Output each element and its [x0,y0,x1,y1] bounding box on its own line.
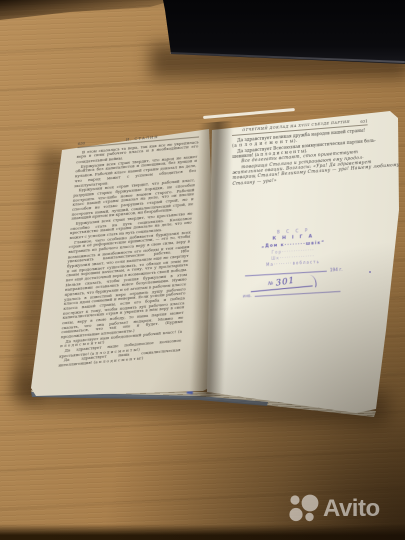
library-stamp: В С С РК Н І Г А„Дом к········швік“Гор··… [243,226,344,299]
left-page-body: В этом сказалась та вера, так как все не… [58,140,199,368]
left-page-text: 630 И. СТАЛИН В этом сказалась та вера, … [58,131,199,368]
stamp-text: В С С РК Н І Г А„Дом к········швік“Гор··… [243,226,343,270]
right-page-number: 631 [360,119,367,123]
avito-wordmark: Avito [323,497,380,521]
avito-watermark: Avito [286,492,380,526]
paragraph: Главное, чего особенно добивается буржуа… [61,230,191,340]
ink-dot [369,271,371,273]
right-page-text: ОТЧЕТНЫЙ ДОКЛАД НА XVIII СЪЕЗДЕ ПАРТИИ 6… [232,119,368,187]
avito-logo-icon [286,492,320,526]
stamp-inventory-label: инв. [243,294,252,300]
desk-front-edge [0,524,405,540]
stamp-year-text: 194 г. [330,267,343,273]
stamp-number-sign: № [268,281,273,287]
